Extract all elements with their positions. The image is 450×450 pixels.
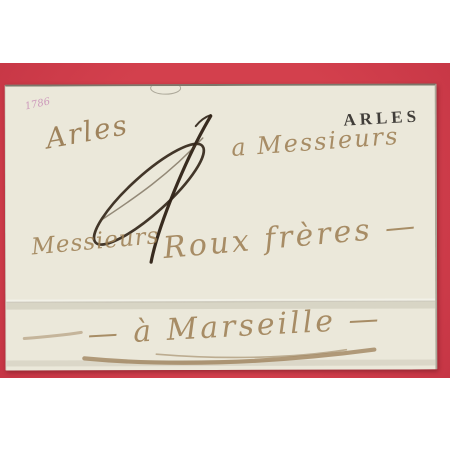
handwritten-addressee-prefix: Messieurs: [29, 223, 160, 261]
folded-letter-paper: 1786 Arles ARLES a Messieurs Messieurs R…: [5, 83, 438, 370]
letter-markings: 1786 Arles ARLES a Messieurs Messieurs R…: [6, 85, 436, 370]
pencil-year-note: 1786: [24, 96, 52, 112]
handwritten-addressee-name: Roux frères —: [161, 208, 420, 266]
pencil-scribble-top-edge: [151, 85, 181, 94]
photo-stage: 1786 Arles ARLES a Messieurs Messieurs R…: [0, 0, 450, 450]
handwritten-origin-note: Arles: [40, 108, 131, 156]
left-dash-flourish: [24, 332, 81, 338]
handwritten-salutation: a Messieurs: [230, 122, 400, 162]
